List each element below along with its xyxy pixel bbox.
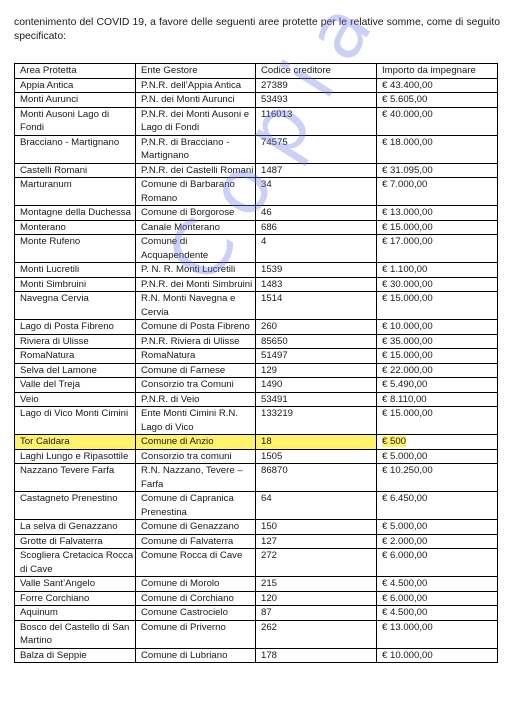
table-row: Monti SimbruiniP.N.R. dei Monti Simbruin… [15,277,498,292]
cell-importo: € 43.400,00 [377,78,498,93]
table-header-row: Area Protetta Ente Gestore Codice credit… [15,64,498,79]
table-row: Montagne della DuchessaComune di Borgoro… [15,206,498,221]
header-importo: Importo da impegnare [377,64,498,79]
importo-value: € 2.000,00 [382,536,427,547]
table-row: Valle del TrejaConsorzio tra Comuni1490€… [15,378,498,393]
cell-codice-creditore: 1487 [256,163,377,178]
cell-ente-gestore: Comune di Acquapendente [136,235,256,263]
importo-value: € 43.400,00 [382,80,433,91]
cell-codice-creditore: 116013 [256,107,377,135]
importo-value: € 10.000,00 [382,650,433,661]
cell-ente-gestore: P.N. dei Monti Aurunci [136,93,256,108]
cell-importo: € 5.490,00 [377,378,498,393]
cell-ente-gestore: R.N. Monti Navegna e Cervia [136,292,256,320]
importo-value: € 6.450,00 [382,493,427,504]
table-row: Valle Sant’AngeloComune di Morolo215€ 4.… [15,577,498,592]
table-row: Monte RufenoComune di Acquapendente4€ 17… [15,235,498,263]
importo-value: € 17.000,00 [382,236,433,247]
cell-codice-creditore: 53493 [256,93,377,108]
importo-value: € 15.000,00 [382,408,433,419]
importo-value: € 15.000,00 [382,293,433,304]
cell-importo: € 6.000,00 [377,591,498,606]
cell-importo: € 10.000,00 [377,320,498,335]
table-row: AquinumComune Castrocielo87€ 4.500,00 [15,606,498,621]
cell-codice-creditore: 51497 [256,349,377,364]
table-row: Castelli RomaniP.N.R. dei Castelli Roman… [15,163,498,178]
importo-value: € 10.250,00 [382,465,433,476]
table-row: Bosco del Castello di San MartinoComune … [15,620,498,648]
importo-value: € 30.000,00 [382,279,433,290]
cell-ente-gestore: Comune di Morolo [136,577,256,592]
cell-area-protetta: Riviera di Ulisse [15,334,136,349]
table-row: VeioP.N.R. di Veio53491€ 8.110,00 [15,392,498,407]
cell-codice-creditore: 53491 [256,392,377,407]
importo-value: € 1.100,00 [382,264,427,275]
cell-ente-gestore: Comune di Lubriano [136,648,256,663]
cell-importo: € 15.000,00 [377,407,498,435]
cell-ente-gestore: P. N. R. Monti Lucretili [136,263,256,278]
cell-area-protetta: Monti Ausoni Lago di Fondi [15,107,136,135]
cell-codice-creditore: 1483 [256,277,377,292]
importo-value: € 5.000,00 [382,521,427,532]
importo-value: € 22.000,00 [382,365,433,376]
cell-codice-creditore: 272 [256,549,377,577]
table-row: Navegna CerviaR.N. Monti Navegna e Cervi… [15,292,498,320]
cell-codice-creditore: 1490 [256,378,377,393]
cell-importo: € 31.095,00 [377,163,498,178]
cell-ente-gestore: Comune di Anzio [136,435,256,450]
table-row: Castagneto PrenestinoComune di Capranica… [15,492,498,520]
cell-codice-creditore: 1539 [256,263,377,278]
cell-area-protetta: Monterano [15,220,136,235]
table-row: Selva del LamoneComune di Farnese129€ 22… [15,363,498,378]
cell-ente-gestore: Comune Rocca di Cave [136,549,256,577]
cell-codice-creditore: 120 [256,591,377,606]
cell-area-protetta: La selva di Genazzano [15,520,136,535]
table-row: Forre CorchianoComune di Corchiano120€ 6… [15,591,498,606]
cell-importo: € 8.110,00 [377,392,498,407]
cell-importo: € 6.450,00 [377,492,498,520]
cell-ente-gestore: Comune di Corchiano [136,591,256,606]
cell-ente-gestore: P.N.R. di Bracciano - Martignano [136,135,256,163]
importo-value: € 7.000,00 [382,179,427,190]
table-row: Monti Ausoni Lago di FondiP.N.R. dei Mon… [15,107,498,135]
cell-area-protetta: Selva del Lamone [15,363,136,378]
cell-ente-gestore: P.N.R. dell’Appia Antica [136,78,256,93]
cell-area-protetta: Navegna Cervia [15,292,136,320]
table-row: Laghi Lungo e RipasottileConsorzio tra c… [15,449,498,464]
cell-ente-gestore: Comune di Falvaterra [136,534,256,549]
cell-importo: € 35.000,00 [377,334,498,349]
importo-value: € 6.000,00 [382,550,427,561]
cell-ente-gestore: Consorzio tra comuni [136,449,256,464]
cell-ente-gestore: Ente Monti Cimini R.N. Lago di Vico [136,407,256,435]
intro-paragraph: contenimento del COVID 19, a favore dell… [14,16,500,44]
cell-area-protetta: Monti Simbruini [15,277,136,292]
cell-importo: € 5.605,00 [377,93,498,108]
cell-codice-creditore: 74575 [256,135,377,163]
cell-area-protetta: Veio [15,392,136,407]
cell-area-protetta: Balza di Seppie [15,648,136,663]
cell-ente-gestore: Comune di Posta Fibreno [136,320,256,335]
cell-importo: € 4.500,00 [377,577,498,592]
cell-codice-creditore: 34 [256,178,377,206]
cell-ente-gestore: Canale Monterano [136,220,256,235]
importo-value: € 13.000,00 [382,207,433,218]
cell-area-protetta: Tor Caldara [15,435,136,450]
cell-area-protetta: Grotte di Falvaterra [15,534,136,549]
cell-ente-gestore: P.N.R. Riviera di Ulisse [136,334,256,349]
cell-codice-creditore: 133219 [256,407,377,435]
cell-ente-gestore: Comune di Farnese [136,363,256,378]
table-body: Appia AnticaP.N.R. dell’Appia Antica2738… [15,78,498,663]
cell-codice-creditore: 215 [256,577,377,592]
table-row: MonteranoCanale Monterano686€ 15.000,00 [15,220,498,235]
importo-value: € 5.490,00 [382,379,427,390]
cell-codice-creditore: 87 [256,606,377,621]
cell-importo: € 13.000,00 [377,620,498,648]
header-codice-creditore: Codice creditore [256,64,377,79]
cell-area-protetta: RomaNatura [15,349,136,364]
cell-area-protetta: Forre Corchiano [15,591,136,606]
importo-value: € 4.500,00 [382,607,427,618]
table-row: Riviera di UlisseP.N.R. Riviera di Uliss… [15,334,498,349]
cell-importo: € 15.000,00 [377,292,498,320]
cell-importo: € 22.000,00 [377,363,498,378]
table-row: RomaNaturaRomaNatura51497€ 15.000,00 [15,349,498,364]
cell-area-protetta: Marturanum [15,178,136,206]
table-row: Appia AnticaP.N.R. dell’Appia Antica2738… [15,78,498,93]
table-row: Monti AurunciP.N. dei Monti Aurunci53493… [15,93,498,108]
cell-area-protetta: Scogliera Cretacica Rocca di Cave [15,549,136,577]
cell-area-protetta: Appia Antica [15,78,136,93]
importo-value: € 10.000,00 [382,321,433,332]
table-row: Monti LucretiliP. N. R. Monti Lucretili1… [15,263,498,278]
table-row: La selva di GenazzanoComune di Genazzano… [15,520,498,535]
cell-area-protetta: Laghi Lungo e Ripasottile [15,449,136,464]
cell-area-protetta: Bosco del Castello di San Martino [15,620,136,648]
cell-codice-creditore: 86870 [256,464,377,492]
cell-area-protetta: Valle Sant’Angelo [15,577,136,592]
cell-importo: € 15.000,00 [377,220,498,235]
cell-codice-creditore: 260 [256,320,377,335]
cell-codice-creditore: 85650 [256,334,377,349]
cell-importo: € 4.500,00 [377,606,498,621]
cell-importo: € 15.000,00 [377,349,498,364]
importo-value: € 8.110,00 [382,394,427,405]
cell-codice-creditore: 178 [256,648,377,663]
cell-importo: € 6.000,00 [377,549,498,577]
cell-area-protetta: Monti Aurunci [15,93,136,108]
cell-codice-creditore: 686 [256,220,377,235]
protected-areas-table: Area Protetta Ente Gestore Codice credit… [14,63,498,663]
header-ente-gestore: Ente Gestore [136,64,256,79]
cell-importo: € 5.000,00 [377,449,498,464]
cell-codice-creditore: 262 [256,620,377,648]
cell-codice-creditore: 18 [256,435,377,450]
importo-value: € 500 [382,436,406,447]
cell-ente-gestore: Comune di Genazzano [136,520,256,535]
importo-value: € 15.000,00 [382,222,433,233]
importo-value: € 4.500,00 [382,578,427,589]
cell-importo: € 13.000,00 [377,206,498,221]
cell-area-protetta: Monti Lucretili [15,263,136,278]
cell-codice-creditore: 127 [256,534,377,549]
cell-ente-gestore: P.N.R. dei Monti Ausoni e Lago di Fondi [136,107,256,135]
table-row: Scogliera Cretacica Rocca di CaveComune … [15,549,498,577]
cell-area-protetta: Lago di Vico Monti Cimini [15,407,136,435]
table-row: MarturanumComune di Barbarano Romano34€ … [15,178,498,206]
cell-codice-creditore: 1505 [256,449,377,464]
importo-value: € 18.000,00 [382,137,433,148]
cell-importo: € 30.000,00 [377,277,498,292]
importo-value: € 31.095,00 [382,165,433,176]
cell-ente-gestore: Comune di Barbarano Romano [136,178,256,206]
cell-importo: € 17.000,00 [377,235,498,263]
importo-value: € 5.000,00 [382,451,427,462]
cell-ente-gestore: Comune di Priverno [136,620,256,648]
table-row: Bracciano - MartignanoP.N.R. di Braccian… [15,135,498,163]
cell-importo: € 1.100,00 [377,263,498,278]
cell-codice-creditore: 1514 [256,292,377,320]
cell-codice-creditore: 4 [256,235,377,263]
cell-importo: € 500 [377,435,498,450]
cell-area-protetta: Castelli Romani [15,163,136,178]
importo-value: € 15.000,00 [382,350,433,361]
importo-value: € 5.605,00 [382,94,427,105]
cell-ente-gestore: P.N.R. di Veio [136,392,256,407]
cell-importo: € 10.000,00 [377,648,498,663]
cell-area-protetta: Bracciano - Martignano [15,135,136,163]
cell-ente-gestore: Comune di Borgorose [136,206,256,221]
cell-area-protetta: Castagneto Prenestino [15,492,136,520]
table-row: Lago di Vico Monti CiminiEnte Monti Cimi… [15,407,498,435]
cell-ente-gestore: Consorzio tra Comuni [136,378,256,393]
table-row: Balza di SeppieComune di Lubriano178€ 10… [15,648,498,663]
cell-codice-creditore: 27389 [256,78,377,93]
cell-area-protetta: Valle del Treja [15,378,136,393]
cell-area-protetta: Monte Rufeno [15,235,136,263]
cell-importo: € 40.000,00 [377,107,498,135]
table-row: Lago di Posta FibrenoComune di Posta Fib… [15,320,498,335]
cell-area-protetta: Nazzano Tevere Farfa [15,464,136,492]
cell-codice-creditore: 129 [256,363,377,378]
cell-ente-gestore: P.N.R. dei Castelli Romani [136,163,256,178]
cell-ente-gestore: R.N. Nazzano, Tevere – Farfa [136,464,256,492]
cell-area-protetta: Aquinum [15,606,136,621]
table-row: Nazzano Tevere FarfaR.N. Nazzano, Tevere… [15,464,498,492]
cell-area-protetta: Montagne della Duchessa [15,206,136,221]
cell-codice-creditore: 64 [256,492,377,520]
table-row-highlighted: Tor CaldaraComune di Anzio18€ 500 [15,435,498,450]
importo-value: € 13.000,00 [382,622,433,633]
importo-value: € 35.000,00 [382,336,433,347]
cell-codice-creditore: 46 [256,206,377,221]
importo-value: € 6.000,00 [382,593,427,604]
cell-importo: € 7.000,00 [377,178,498,206]
cell-area-protetta: Lago di Posta Fibreno [15,320,136,335]
importo-value: € 40.000,00 [382,109,433,120]
cell-importo: € 18.000,00 [377,135,498,163]
cell-ente-gestore: Comune di Capranica Prenestina [136,492,256,520]
table-row: Grotte di FalvaterraComune di Falvaterra… [15,534,498,549]
header-area-protetta: Area Protetta [15,64,136,79]
cell-importo: € 2.000,00 [377,534,498,549]
cell-importo: € 5.000,00 [377,520,498,535]
cell-ente-gestore: Comune Castrocielo [136,606,256,621]
cell-importo: € 10.250,00 [377,464,498,492]
cell-codice-creditore: 150 [256,520,377,535]
cell-ente-gestore: RomaNatura [136,349,256,364]
cell-ente-gestore: P.N.R. dei Monti Simbruini [136,277,256,292]
